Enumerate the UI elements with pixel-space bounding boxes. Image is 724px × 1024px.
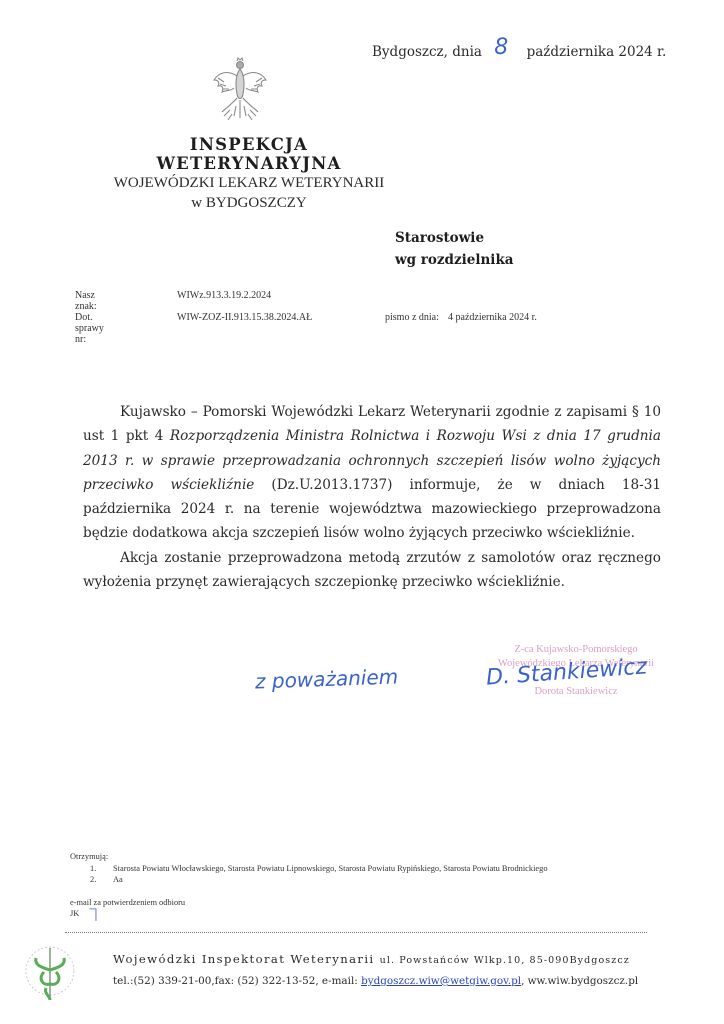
item-text: Starosta Powiatu Włocławskiego, Starosta… (113, 864, 548, 873)
footer-org-name: Wojewódzki Inspektorat Weterynarii (113, 952, 375, 966)
organization-name: INSPEKCJA WETERYNARYJNA (95, 135, 403, 173)
polish-eagle-icon (210, 56, 270, 126)
distribution-list: Otrzymują: 1.Starosta Powiatu Włocławski… (70, 851, 528, 886)
email-note-block: e-mail za potwierdzeniem odbioru JK (70, 897, 185, 919)
body-paragraph-1: Kujawsko – Pomorski Wojewódzki Lekarz We… (83, 400, 661, 546)
item-number: 2. (90, 874, 96, 886)
our-reference-label: Nasz znak: (75, 290, 97, 312)
handwritten-closing: z poważaniem (255, 665, 399, 694)
body-paragraph-2: Akcja zostanie przeprowadzona metodą zrz… (83, 546, 661, 595)
email-confirmation-note: e-mail za potwierdzeniem odbioru (70, 897, 185, 908)
footer-address: ul. Powstańców Wlkp.10, 85-090Bydgoszcz (380, 955, 630, 966)
distribution-label: Otrzymują: (70, 851, 528, 863)
handwritten-day: 8 (494, 35, 508, 60)
footer-contact-line: tel.:(52) 339-21-00,fax: (52) 322-13-52,… (113, 975, 638, 987)
recipient-block: Starostowie wg rozdzielnika (395, 227, 514, 271)
author-initials: JK (70, 908, 185, 919)
letter-date-label: pismo z dnia: (385, 312, 439, 323)
handwritten-initial-mark: ⅂ (89, 906, 98, 926)
footer-website: , ww.wiw.bydgoszcz.pl (521, 975, 638, 987)
footer-email-link[interactable]: bydgoszcz.wiw@wetgiw.gov.pl (361, 975, 521, 987)
organization-subtitle: WOJEWÓDZKI LEKARZ WETERYNARII (95, 173, 403, 193)
date-suffix: października 2024 r. (527, 44, 667, 60)
item-text: Aa (113, 875, 123, 884)
item-number: 1. (90, 863, 96, 875)
footer-divider (65, 932, 647, 933)
distribution-item: 2.Aa (90, 874, 548, 886)
organization-header: INSPEKCJA WETERYNARYJNA WOJEWÓDZKI LEKAR… (95, 135, 403, 213)
document-date: Bydgoszcz, dnia 8 października 2024 r. (372, 37, 666, 62)
footer-phone-fax: tel.:(52) 339-21-00,fax: (52) 322-13-52,… (113, 975, 361, 987)
organization-city: w BYDGOSZCZY (95, 193, 403, 213)
distribution-item: 1.Starosta Powiatu Włocławskiego, Staros… (90, 863, 548, 875)
case-reference-label: Dot. sprawy nr: (75, 312, 104, 345)
case-reference-value: WIW-ZOZ-II.913.15.38.2024.AŁ (177, 312, 312, 323)
our-reference-value: WIWz.913.3.19.2.2024 (177, 290, 271, 301)
date-prefix: Bydgoszcz, dnia (372, 44, 482, 60)
caduceus-icon (22, 940, 78, 1006)
letter-body: Kujawsko – Pomorski Wojewódzki Lekarz We… (83, 400, 661, 594)
footer-org-line: Wojewódzki Inspektorat Weterynarii ul. P… (113, 952, 630, 966)
letter-date-value: 4 października 2024 r. (448, 312, 537, 323)
recipient-line1: Starostowie (395, 227, 514, 249)
recipient-line2: wg rozdzielnika (395, 249, 514, 271)
